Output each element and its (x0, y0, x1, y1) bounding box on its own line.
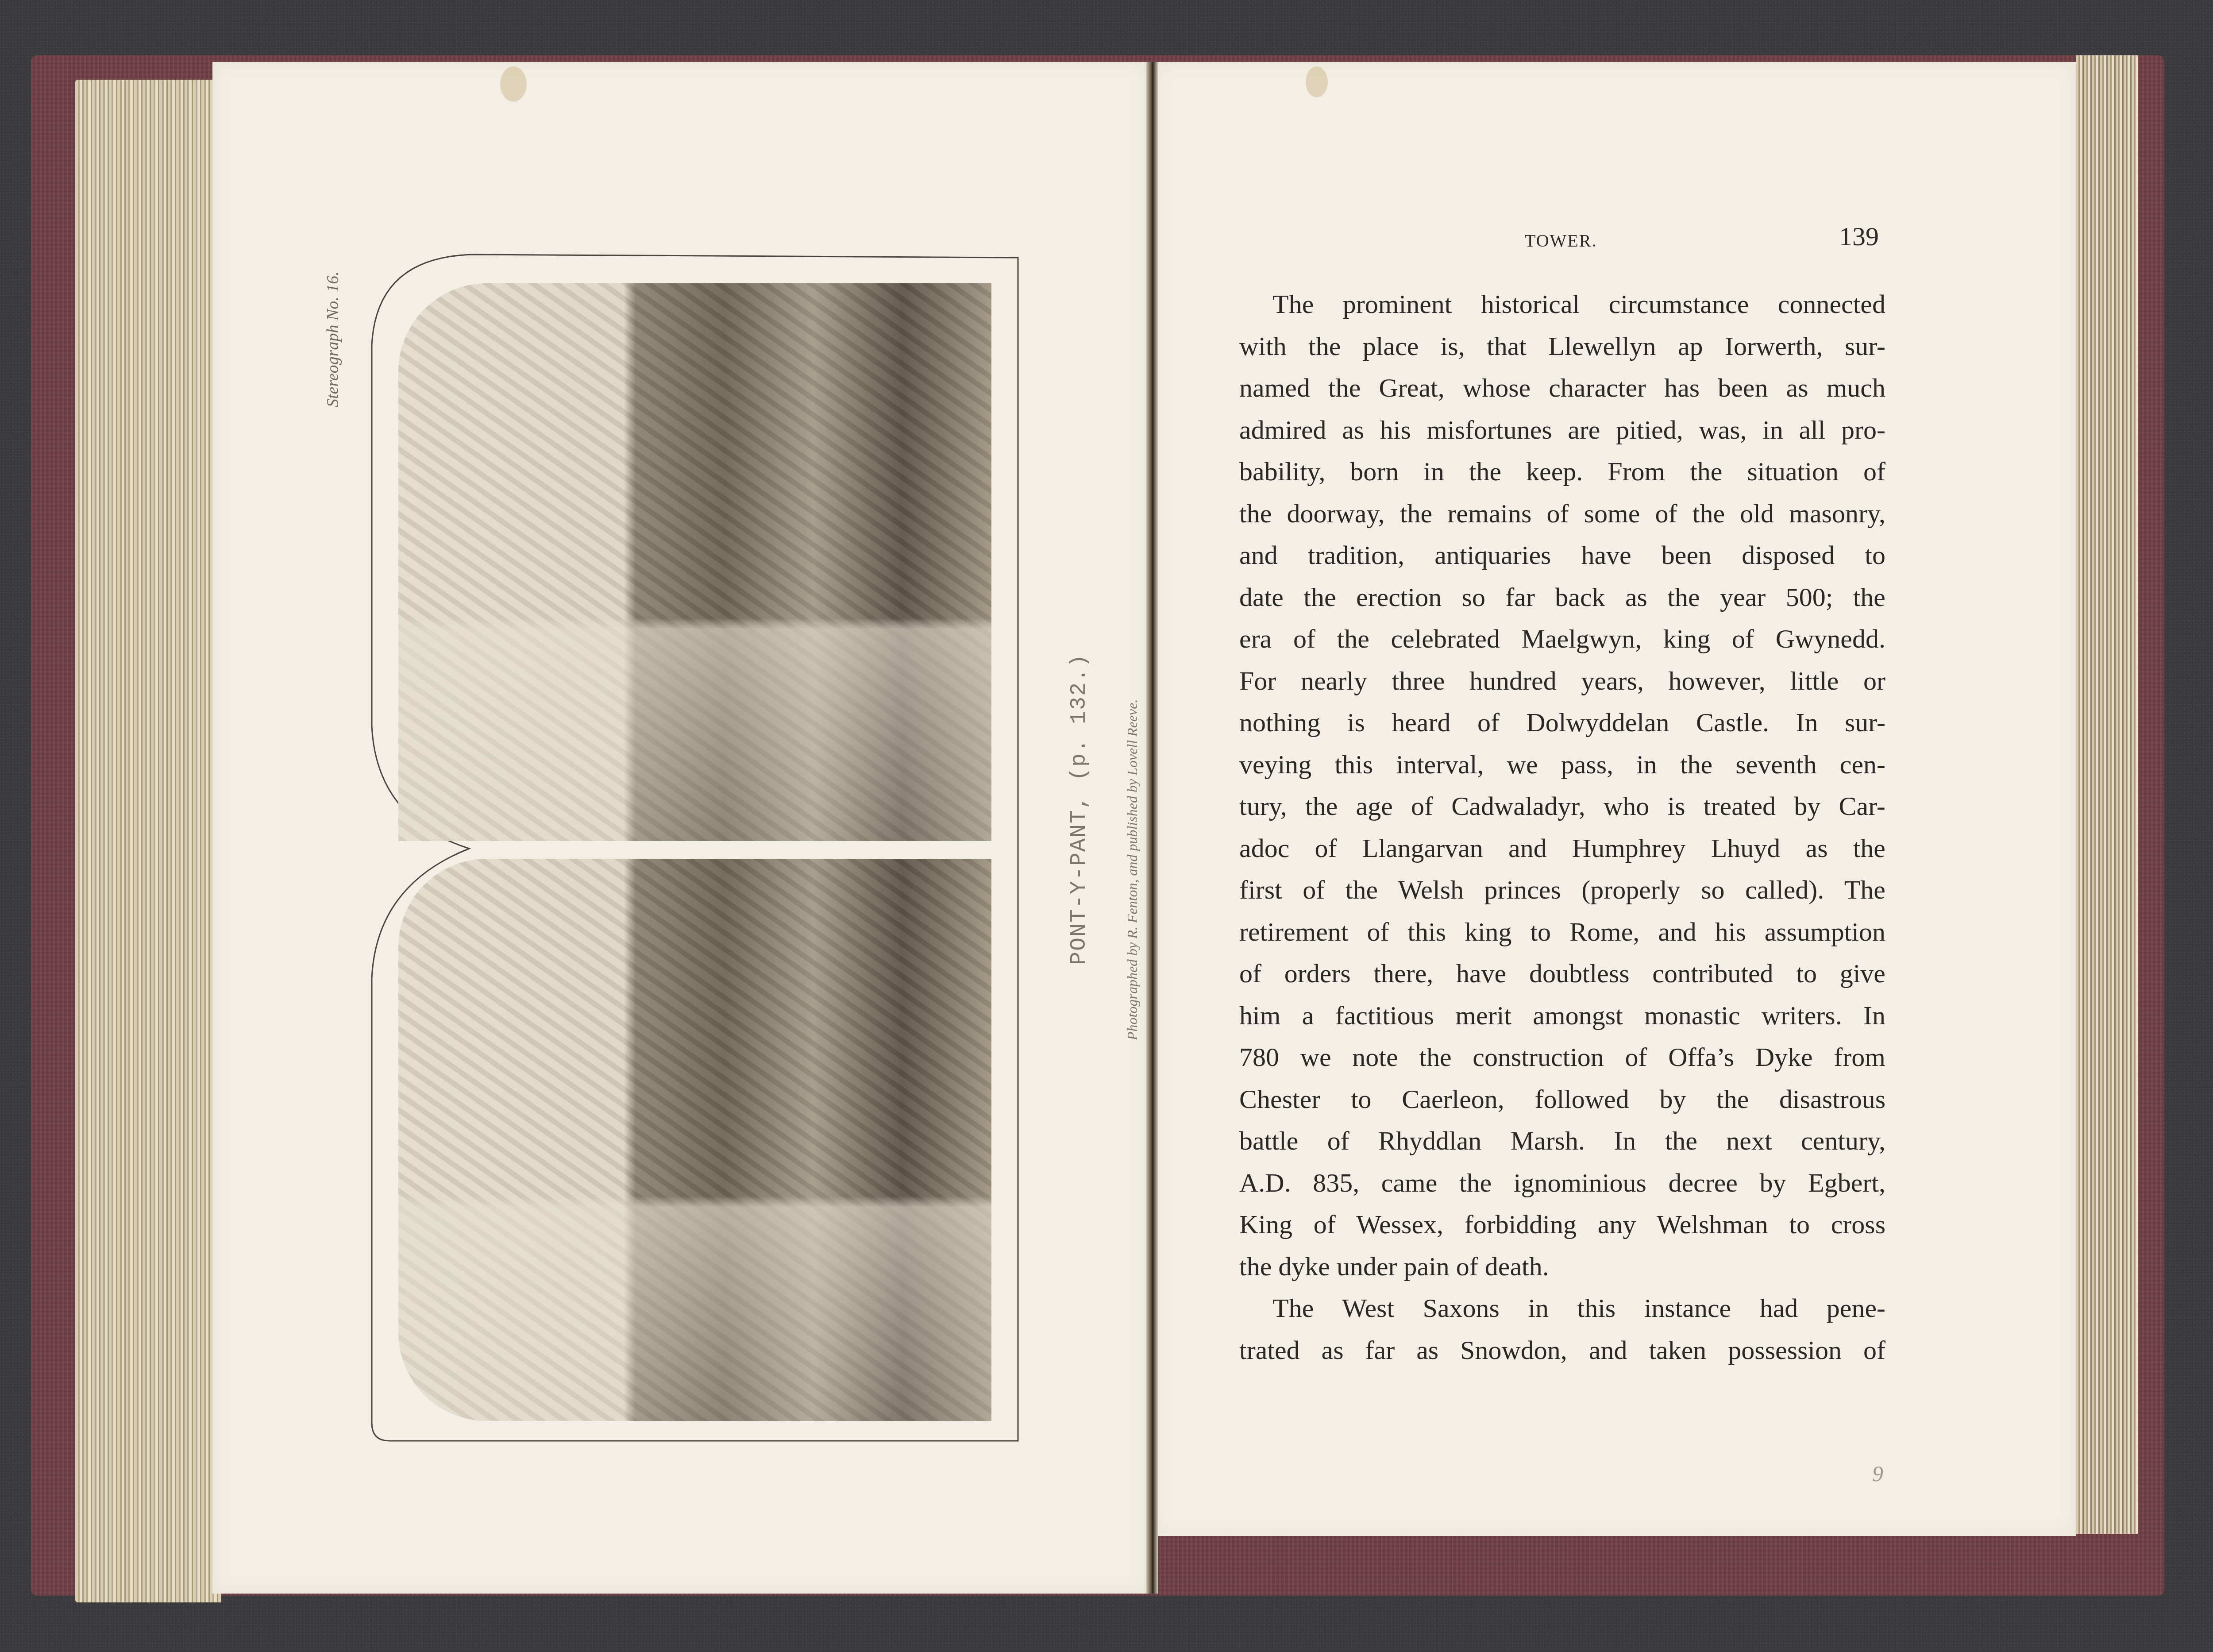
stereo-photo-top (398, 283, 991, 841)
text-line: him a factitious merit amongst monastic … (1239, 995, 1885, 1037)
text-line: tury, the age of Cadwaladyr, who is trea… (1239, 785, 1885, 827)
text-line: battle of Rhyddlan Marsh. In the next ce… (1239, 1120, 1885, 1162)
text-line: bability, born in the keep. From the sit… (1239, 451, 1885, 493)
running-head: TOWER. (1525, 230, 1597, 251)
pencil-mark: 9 (1872, 1461, 1883, 1486)
text-line: The West Saxons in this instance had pen… (1239, 1287, 1885, 1329)
text-line: date the erection so far back as the yea… (1239, 576, 1885, 618)
text-line: admired as his misfortunes are pitied, w… (1239, 409, 1885, 451)
text-line: first of the Welsh princes (properly so … (1239, 869, 1885, 911)
text-line: and tradition, antiquaries have been dis… (1239, 534, 1885, 576)
text-line: with the place is, that Llewellyn ap Ior… (1239, 325, 1885, 367)
stereo-photo-bottom (398, 859, 991, 1421)
text-line: nothing is heard of Dolwyddelan Castle. … (1239, 702, 1885, 744)
text-line: For nearly three hundred years, however,… (1239, 660, 1885, 702)
text-line: A.D. 835, came the ignominious decree by… (1239, 1162, 1885, 1204)
plate-title: PONT-Y-PANT, (p. 132.) (1067, 653, 1092, 965)
text-line: trated as far as Snowdon, and taken poss… (1239, 1329, 1885, 1371)
text-line: The prominent historical circumstance co… (1239, 283, 1885, 325)
body-text: The prominent historical circumstance co… (1239, 283, 1885, 1371)
text-line: retirement of this king to Rome, and his… (1239, 911, 1885, 953)
text-line: King of Wessex, forbidding any Welshman … (1239, 1204, 1885, 1246)
stereograph-label: Stereograph No. 16. (323, 271, 343, 407)
text-line: Chester to Caerleon, followed by the dis… (1239, 1078, 1885, 1120)
text-line: era of the celebrated Maelgwyn, king of … (1239, 618, 1885, 660)
page-number: 139 (1839, 221, 1879, 252)
text-line: named the Great, whose character has bee… (1239, 367, 1885, 409)
text-line: veying this interval, we pass, in the se… (1239, 744, 1885, 786)
text-line: the doorway, the remains of some of the … (1239, 493, 1885, 535)
text-line: the dyke under pain of death. (1239, 1246, 1885, 1288)
plate-credit: Photographed by R. Fenton, and published… (1124, 699, 1141, 1040)
text-line: of orders there, have doubtless contribu… (1239, 953, 1885, 995)
text-line: adoc of Llangarvan and Humphrey Lhuyd as… (1239, 827, 1885, 869)
text-line: 780 we note the construction of Offa’s D… (1239, 1036, 1885, 1078)
